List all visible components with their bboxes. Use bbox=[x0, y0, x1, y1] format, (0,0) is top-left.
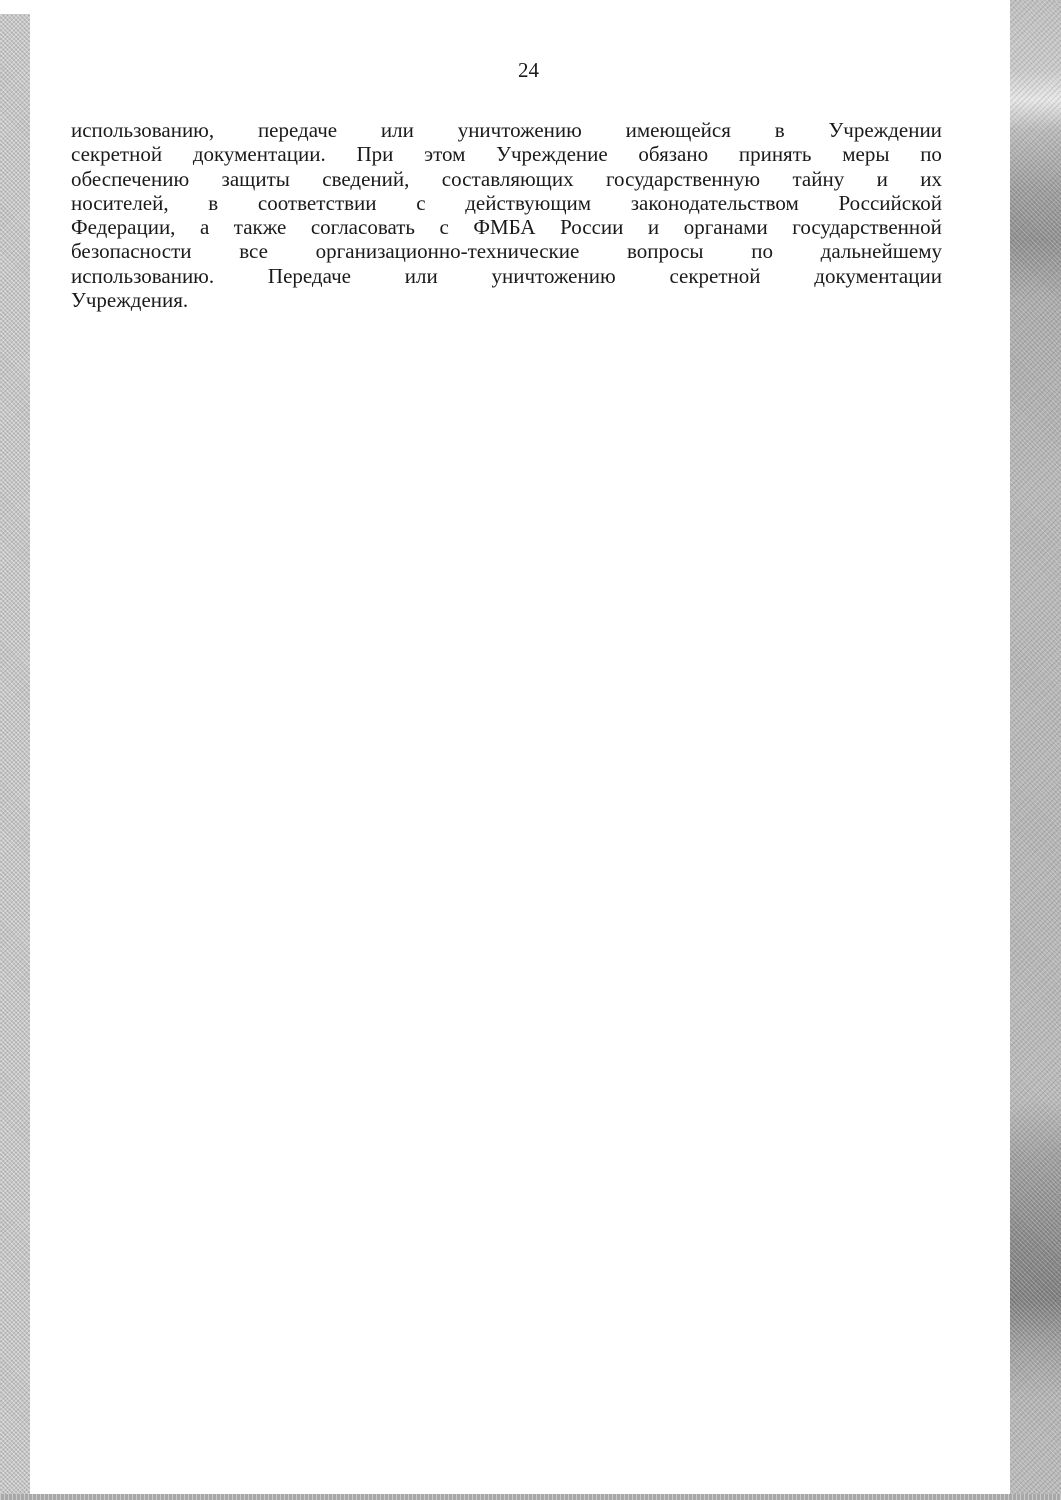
word: Учреждение bbox=[496, 142, 608, 166]
word: уничтожению bbox=[492, 264, 616, 288]
word: Учреждении bbox=[828, 118, 941, 142]
word: с bbox=[440, 215, 449, 239]
word: или bbox=[381, 118, 414, 142]
word: государственной bbox=[792, 215, 942, 239]
word: защиты bbox=[222, 167, 290, 191]
word: государственную bbox=[606, 167, 760, 191]
word: с bbox=[416, 191, 425, 215]
scan-border-right bbox=[1010, 0, 1061, 1500]
paragraph-line: Федерации,атакжесогласоватьсФМБАРоссииио… bbox=[71, 215, 942, 239]
word: в bbox=[775, 118, 785, 142]
word: передаче bbox=[258, 118, 337, 142]
scan-border-bottom bbox=[0, 1494, 1061, 1500]
word: организационно-технические bbox=[316, 239, 580, 263]
word: документации. bbox=[193, 142, 326, 166]
scanned-page: 24 использованию,передачеилиуничтожениюи… bbox=[0, 0, 1061, 1500]
word: по bbox=[920, 142, 942, 166]
word: соответствии bbox=[258, 191, 377, 215]
word: дальнейшему bbox=[821, 239, 942, 263]
body-paragraph: использованию,передачеилиуничтожениюимею… bbox=[71, 118, 942, 312]
word: законодательством bbox=[631, 191, 799, 215]
word: составляющих bbox=[442, 167, 574, 191]
paragraph-line: секретнойдокументации.ПриэтомУчреждениео… bbox=[71, 142, 942, 166]
word: имеющейся bbox=[626, 118, 731, 142]
word: России bbox=[560, 215, 623, 239]
word: вопросы bbox=[627, 239, 703, 263]
word: в bbox=[208, 191, 218, 215]
word: использованию. bbox=[71, 264, 214, 288]
word: Учреждения. bbox=[71, 288, 188, 312]
word: При bbox=[356, 142, 393, 166]
word: действующим bbox=[465, 191, 591, 215]
word: использованию, bbox=[71, 118, 214, 142]
word: ФМБА bbox=[473, 215, 535, 239]
word: также bbox=[234, 215, 287, 239]
word: безопасности bbox=[71, 239, 192, 263]
paragraph-line: обеспечениюзащитысведений,составляющихго… bbox=[71, 167, 942, 191]
word: а bbox=[200, 215, 209, 239]
word: их bbox=[920, 167, 942, 191]
page-number-text: 24 bbox=[518, 58, 539, 83]
paragraph-line: использованию.Передачеилиуничтожениюсекр… bbox=[71, 264, 942, 288]
paragraph-line: Учреждения. bbox=[71, 288, 942, 312]
word: и bbox=[648, 215, 659, 239]
word: органами bbox=[684, 215, 768, 239]
word: обеспечению bbox=[71, 167, 189, 191]
word: согласовать bbox=[311, 215, 415, 239]
word: обязано bbox=[638, 142, 708, 166]
word: Передаче bbox=[268, 264, 351, 288]
word: все bbox=[239, 239, 268, 263]
word: и bbox=[877, 167, 888, 191]
word: сведений, bbox=[322, 167, 409, 191]
word: документации bbox=[814, 264, 942, 288]
word: секретной bbox=[669, 264, 760, 288]
word: уничтожению bbox=[458, 118, 582, 142]
paragraph-line: носителей,всоответствиисдействующимзакон… bbox=[71, 191, 942, 215]
word: или bbox=[405, 264, 438, 288]
word: носителей, bbox=[71, 191, 169, 215]
word: этом bbox=[424, 142, 465, 166]
word: тайну bbox=[792, 167, 844, 191]
paragraph-line: использованию,передачеилиуничтожениюимею… bbox=[71, 118, 942, 142]
paragraph-line: безопасностивсеорганизационно-технически… bbox=[71, 239, 942, 263]
word: Российской bbox=[838, 191, 942, 215]
word: меры bbox=[842, 142, 889, 166]
word: по bbox=[751, 239, 773, 263]
scan-border-left bbox=[0, 0, 30, 1500]
page-number: 24 bbox=[0, 58, 1000, 83]
word: секретной bbox=[71, 142, 162, 166]
word: Федерации, bbox=[71, 215, 175, 239]
word: принять bbox=[739, 142, 812, 166]
